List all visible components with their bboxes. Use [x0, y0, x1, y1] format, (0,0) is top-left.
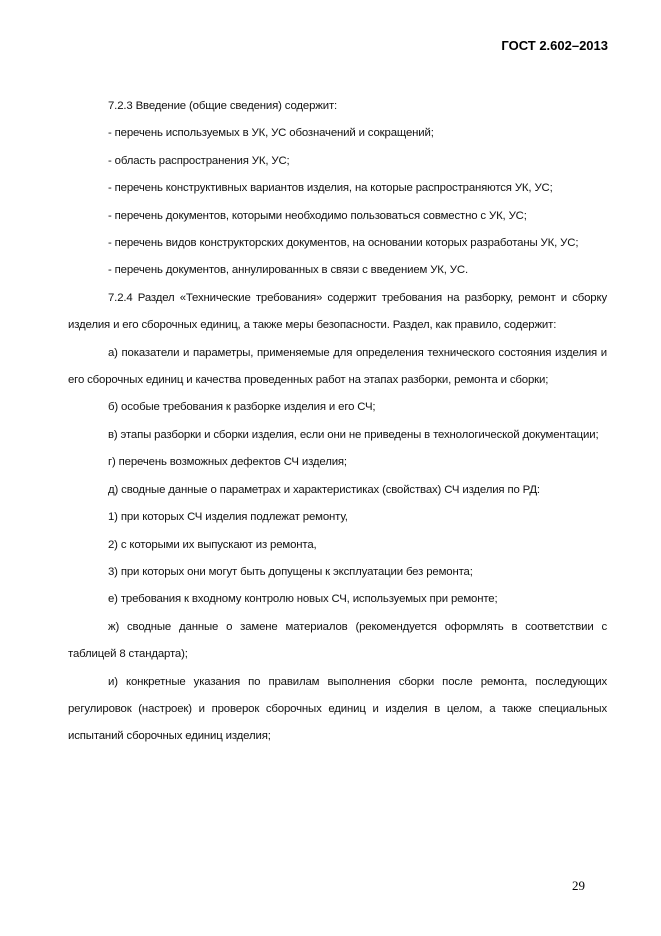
list-item: е) требования к входному контролю новых …	[68, 586, 607, 613]
list-item: 2) с которыми их выпускают из ремонта,	[68, 532, 607, 559]
document-body: 7.2.3 Введение (общие сведения) содержит…	[68, 93, 607, 751]
document-code-header: ГОСТ 2.602–2013	[501, 38, 608, 53]
paragraph: 7.2.4 Раздел «Технические требования» со…	[68, 285, 607, 340]
list-item: - область распространения УК, УС;	[68, 148, 607, 175]
list-item: ж) сводные данные о замене материалов (р…	[68, 614, 607, 669]
list-item: - перечень конструктивных вариантов изде…	[68, 175, 607, 202]
list-item: - перечень используемых в УК, УС обознач…	[68, 120, 607, 147]
list-item: и) конкретные указания по правилам выпол…	[68, 669, 607, 751]
list-item: а) показатели и параметры, применяемые д…	[68, 340, 607, 395]
list-item: - перечень документов, которыми необходи…	[68, 203, 607, 230]
list-item: б) особые требования к разборке изделия …	[68, 394, 607, 421]
list-item: д) сводные данные о параметрах и характе…	[68, 477, 607, 504]
list-item: 1) при которых СЧ изделия подлежат ремон…	[68, 504, 607, 531]
list-item: г) перечень возможных дефектов СЧ издели…	[68, 449, 607, 476]
list-item: - перечень документов, аннулированных в …	[68, 257, 607, 284]
page-number: 29	[572, 878, 585, 894]
list-item: - перечень видов конструкторских докумен…	[68, 230, 607, 257]
list-item: 3) при которых они могут быть допущены к…	[68, 559, 607, 586]
paragraph: 7.2.3 Введение (общие сведения) содержит…	[68, 93, 607, 120]
document-page: ГОСТ 2.602–2013 7.2.3 Введение (общие св…	[0, 0, 661, 936]
list-item: в) этапы разборки и сборки изделия, если…	[68, 422, 607, 449]
